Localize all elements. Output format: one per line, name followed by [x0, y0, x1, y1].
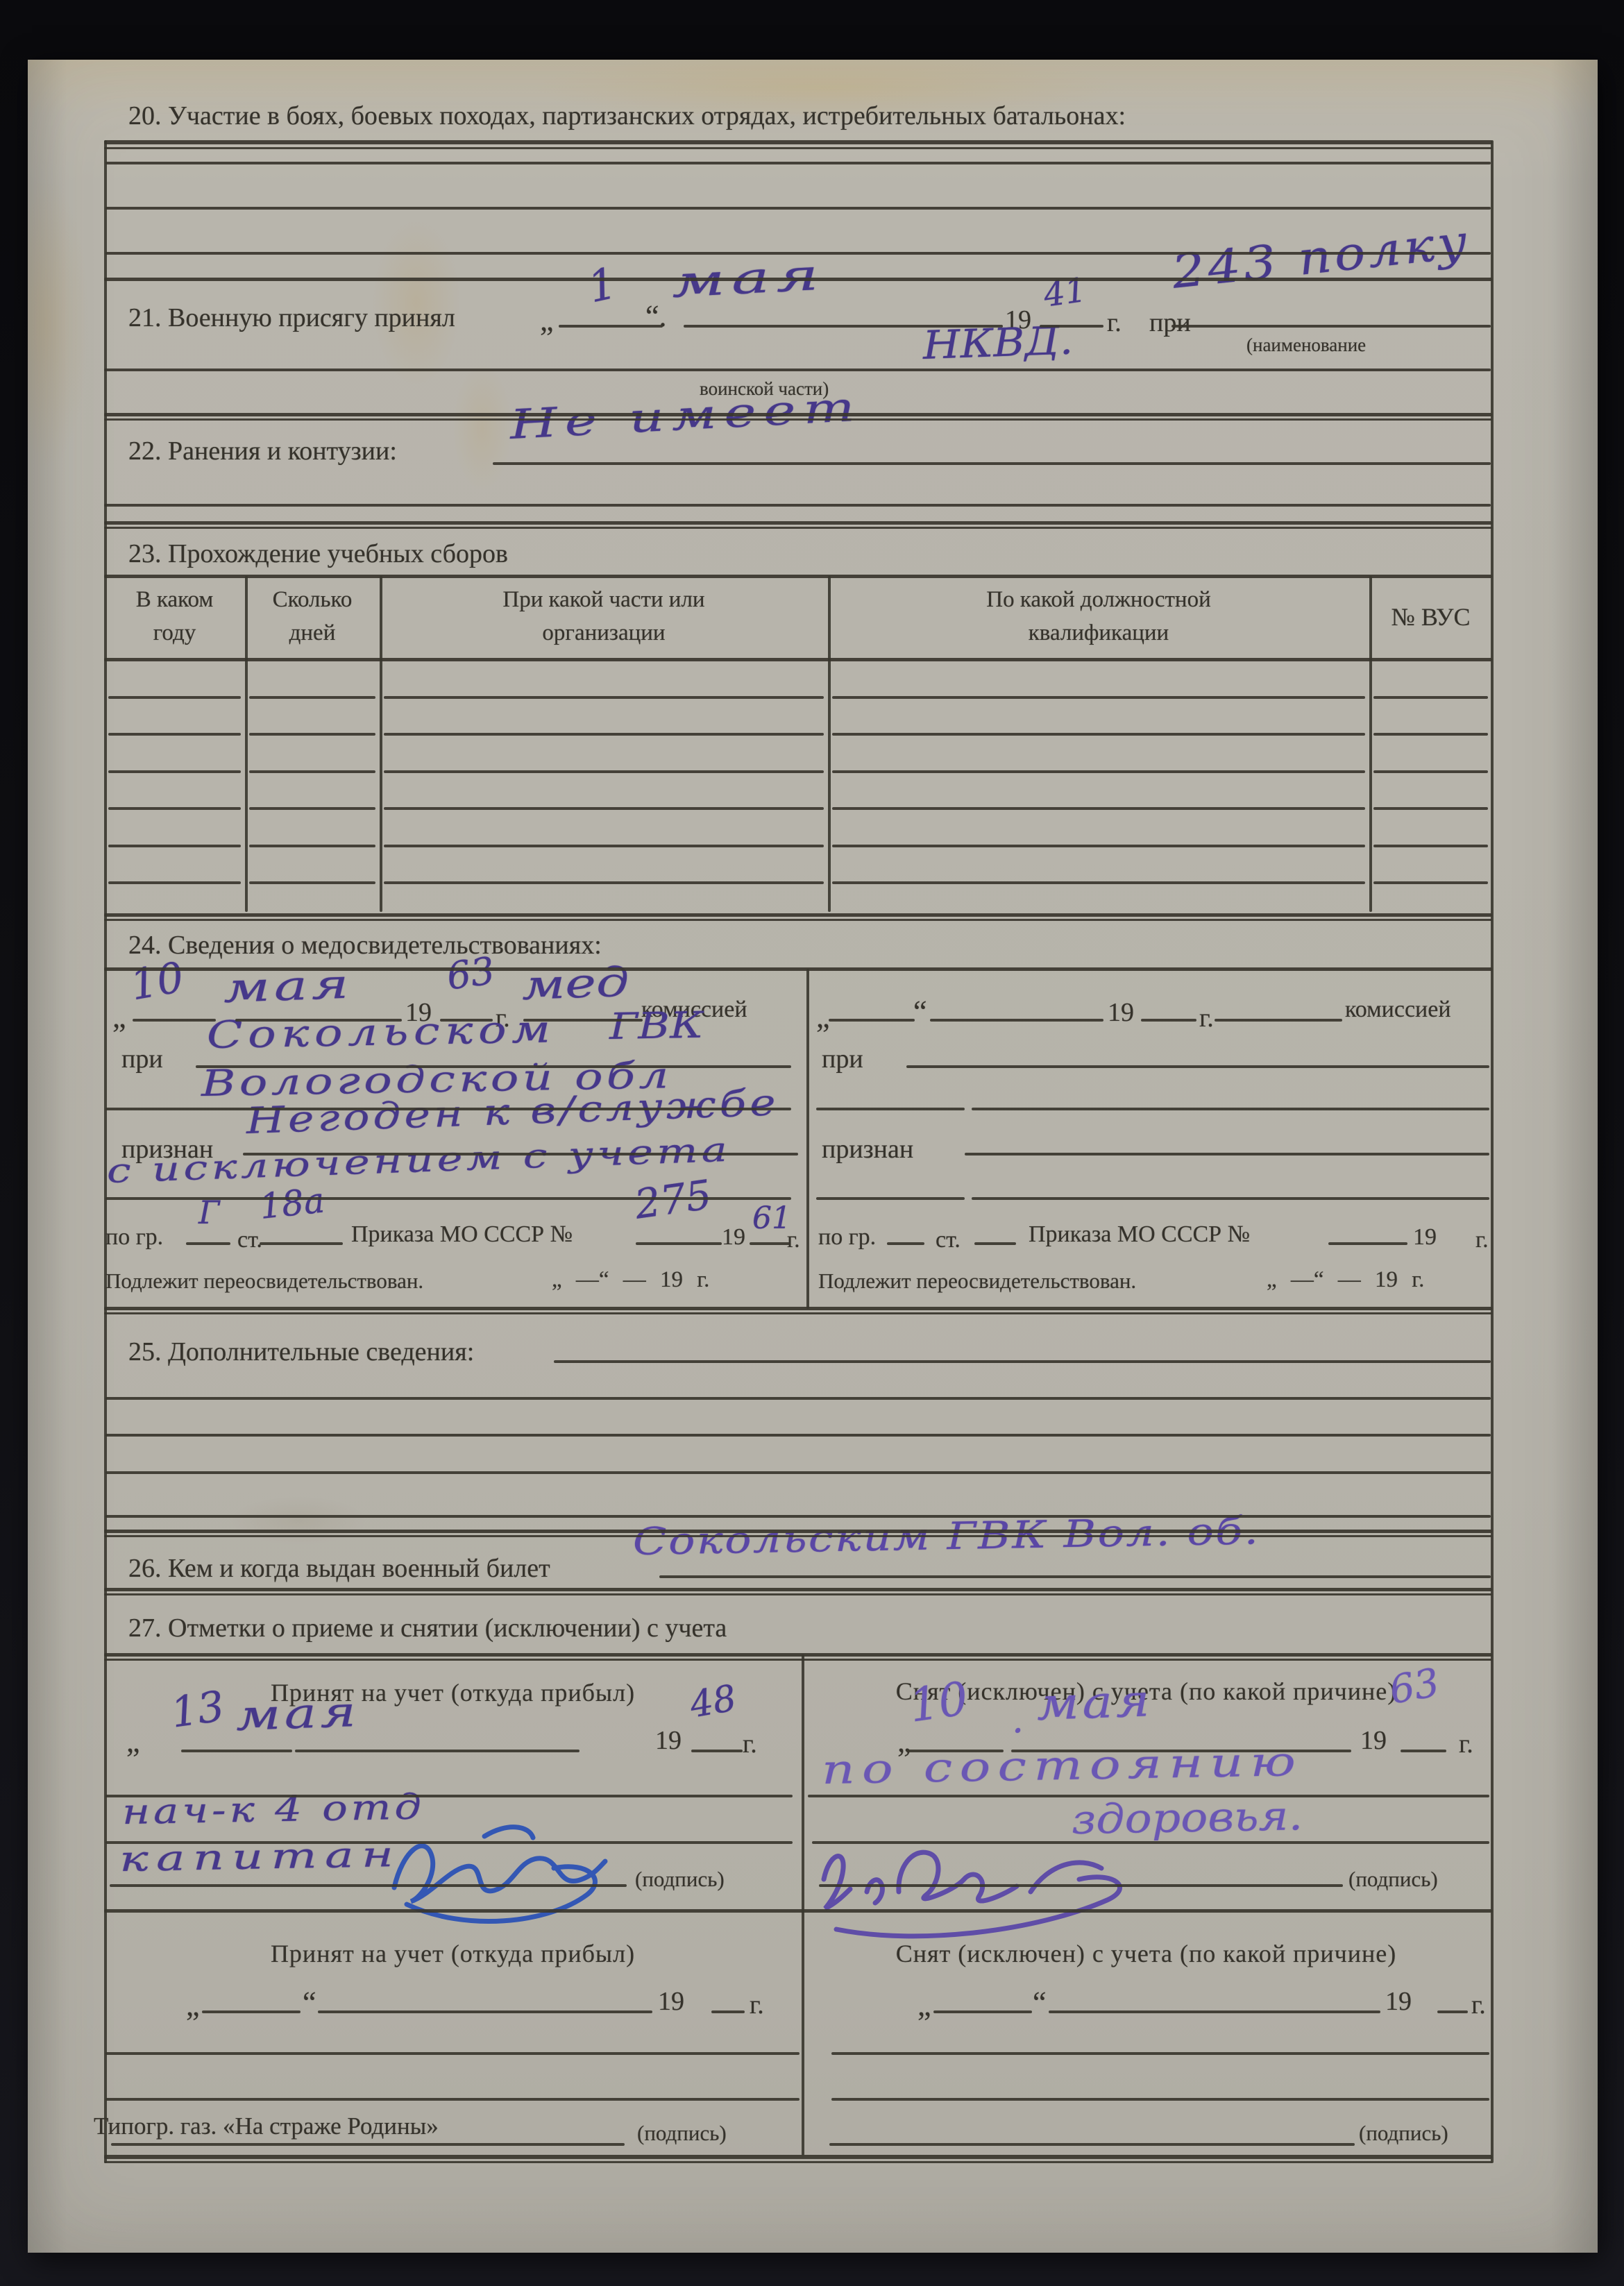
rule-line [1011, 1750, 1351, 1752]
open-quote: „ [540, 303, 554, 338]
rule-line [104, 1659, 1492, 1661]
rule-line [829, 1019, 915, 1022]
year-prefix: 19 [655, 1725, 682, 1756]
podpis-label: (подпись) [637, 2121, 727, 2146]
rule-line [105, 2098, 800, 2101]
rule-line [493, 462, 1491, 465]
rule-line [104, 1593, 1492, 1595]
year-suffix: г. [743, 1729, 757, 1759]
section23-title: 23. Прохождение учебных сборов [128, 539, 508, 569]
rule-line [554, 1360, 1491, 1363]
year-prefix: 19 [1385, 1986, 1412, 2017]
col-days-header-l2: дней [245, 620, 380, 646]
rule-line [831, 2098, 1489, 2101]
rule-line [104, 413, 1492, 416]
rule-line [972, 1108, 1489, 1110]
open-quote: „ [112, 999, 126, 1035]
rule-line-vertical [1491, 140, 1494, 2163]
rule-line [104, 913, 1492, 917]
rule-line [887, 1242, 924, 1245]
paper-sheet: 20. Участие в боях, боевых походах, парт… [28, 60, 1598, 2253]
rule-line [133, 1019, 216, 1022]
rule-line [105, 1471, 1491, 1474]
print-shop-footer: Типогр. газ. «На страже Родины» [94, 2113, 439, 2140]
rule-line [104, 2155, 1492, 2159]
rule-line [249, 770, 375, 773]
rule-line [104, 1530, 1492, 1533]
rule-line [105, 1434, 1491, 1437]
rule-line [750, 1242, 790, 1245]
caption-naimenovanie: (наименование [1246, 335, 1366, 356]
captain-signature-scrawl [382, 1813, 611, 1941]
rule-line [832, 881, 1365, 884]
rule-line [1373, 881, 1488, 884]
accept-month-handwritten: мая [235, 1688, 361, 1741]
rule-line [104, 369, 1491, 371]
po-gr-label: по гр. [818, 1224, 876, 1251]
rule-line [196, 1065, 791, 1068]
pri-label: при [121, 1044, 163, 1074]
oath-day-handwritten: 1 [584, 257, 621, 313]
rule-line [659, 1575, 1491, 1578]
rule-line [831, 2052, 1489, 2055]
rule-line [384, 807, 824, 810]
rule-line [104, 1312, 1492, 1314]
section27-title: 27. Отметки о приеме и снятии (исключени… [128, 1613, 727, 1643]
section26-title: 26. Кем и когда выдан военный билет [128, 1553, 550, 1584]
rule-line [816, 1108, 965, 1110]
po-gr-label: по гр. [105, 1224, 163, 1251]
open-quote: „ [186, 1988, 200, 2023]
open-quote: „ [126, 1724, 140, 1759]
rule-line [1373, 733, 1488, 736]
pri-label: при [822, 1044, 863, 1074]
rule-line [105, 1108, 791, 1110]
rule-line [243, 1153, 798, 1155]
rule-line [235, 1019, 402, 1022]
med-commission-unit2-handwritten: ГВК [609, 1005, 703, 1048]
rule-line [105, 1515, 1491, 1518]
priznan-label: признан [822, 1134, 913, 1165]
rule-line [1401, 1750, 1446, 1752]
rule-line [295, 1750, 580, 1752]
year-prefix: 19 [1108, 997, 1134, 1028]
rule-line [110, 1884, 627, 1887]
prikaz-label: Приказа МО СССР № [1029, 1221, 1250, 1248]
rule-line [111, 2143, 625, 2146]
rule-line [108, 881, 241, 884]
rule-line [104, 147, 1492, 149]
st-label: ст. [237, 1227, 262, 1253]
komissiey-label: комиссией [1345, 997, 1451, 1023]
remove-reason1-handwritten: по состоянию [821, 1738, 1303, 1793]
rule-line [108, 770, 241, 773]
podpis-label: (подпись) [1359, 2121, 1448, 2146]
open-quote: „ [917, 1988, 931, 2023]
col-days-header-l1: Сколько [245, 587, 380, 613]
rule-line [384, 770, 824, 773]
rule-line [105, 1197, 791, 1200]
year-prefix: 19 [1360, 1725, 1387, 1756]
pri-label: при [1149, 307, 1191, 338]
accept-header-row2: Принят на учет (откуда прибыл) [104, 1939, 802, 1968]
rule-line-vertical [245, 576, 248, 912]
close-quote: “ [303, 1985, 316, 2020]
rule-line [1215, 1019, 1342, 1022]
remove-day-handwritten: 10 [906, 1672, 972, 1733]
rule-line [105, 1841, 793, 1844]
rule-line [832, 845, 1365, 847]
rule-line [108, 845, 241, 847]
med-commission-unit1-handwritten: Сокольском [206, 1007, 556, 1057]
col-unit-header-l2: организации [380, 620, 828, 646]
rule-line [440, 1019, 493, 1022]
rule-line [819, 1884, 1343, 1887]
year-suffix: г. [1459, 1729, 1473, 1759]
rule-line [104, 1588, 1492, 1591]
med-word-handwritten: мед [521, 958, 630, 1009]
rule-line [105, 1795, 793, 1797]
rule-line [816, 1197, 965, 1200]
st-label: ст. [936, 1227, 961, 1253]
section20-title: 20. Участие в боях, боевых походах, парт… [128, 101, 1126, 131]
year-suffix: г. [750, 1990, 764, 2020]
rule-line [249, 696, 375, 699]
col-year-header-l2: году [104, 620, 245, 646]
accept-year-handwritten: 48 [687, 1677, 740, 1727]
rule-line [318, 2010, 652, 2013]
close-quote: “ [913, 994, 927, 1029]
rule-line [108, 733, 241, 736]
col-qual-header-l1: По какой должностной [828, 587, 1369, 613]
rule-line [108, 696, 241, 699]
rule-line-vertical [828, 576, 831, 912]
col-qual-header-l2: квалификации [828, 620, 1369, 646]
rule-line [105, 252, 1491, 255]
rule-line [384, 881, 824, 884]
rule-line [260, 1242, 343, 1245]
rule-line [384, 733, 824, 736]
rule-line [249, 845, 375, 847]
rule-line [832, 733, 1365, 736]
col-year-header-l1: В каком [104, 587, 245, 613]
rule-line [104, 418, 1492, 421]
rule-line [965, 1153, 1489, 1155]
med-order-year-handwritten: 61 [752, 1201, 791, 1236]
rule-line [249, 807, 375, 810]
rule-line [104, 278, 1492, 281]
rule-line [972, 1197, 1489, 1200]
rule-line [104, 521, 1492, 525]
podlezhit-tail: „ —“ — 19 г. [552, 1267, 709, 1293]
rule-line [104, 2161, 1492, 2163]
scanned-military-card-page: 20. Участие в боях, боевых походах, парт… [0, 0, 1624, 2286]
rule-line [1373, 696, 1488, 699]
oath-unit-handwritten: 243 полку [1169, 214, 1473, 299]
rule-line [684, 325, 1003, 328]
rule-line [104, 658, 1492, 661]
rule-line [1040, 325, 1103, 328]
year-suffix: г. [1199, 1003, 1214, 1033]
rule-line [906, 1750, 1004, 1752]
rule-line [1437, 2010, 1468, 2013]
rule-line [1373, 845, 1488, 847]
section21-label: 21. Военную присягу принял [128, 303, 455, 333]
podpis-label: (подпись) [635, 1867, 725, 1892]
rule-line-vertical [380, 576, 382, 912]
accept-official-handwritten: нач-к 4 отд [121, 1786, 425, 1832]
rule-line [832, 807, 1365, 810]
col-unit-header-l1: При какой части или [380, 587, 828, 613]
rule-line [202, 2010, 301, 2013]
rule-line [906, 1065, 1489, 1068]
podlezhit-label: Подлежит переосвидетельствован. [105, 1269, 423, 1294]
rule-line [1141, 1019, 1196, 1022]
rule-line [832, 770, 1365, 773]
rule-line [832, 696, 1365, 699]
rule-line [930, 1019, 1103, 1022]
podlezhit-tail: „ —“ — 19 г. [1267, 1267, 1424, 1293]
rule-line [559, 325, 663, 328]
rule-line [104, 527, 1492, 529]
med-year-handwritten: 63 [444, 949, 498, 999]
col-vus-header: № ВУС [1369, 602, 1492, 632]
podlezhit-label: Подлежит переосвидетельствован. [818, 1269, 1136, 1294]
section22-label: 22. Ранения и контузии: [128, 436, 397, 466]
rule-line [108, 807, 241, 810]
remove-year-handwritten: 63 [1386, 1660, 1442, 1713]
year-suffix: г. [1471, 1990, 1486, 2020]
med-day-handwritten: 10 [127, 953, 187, 1010]
rule-line-vertical [802, 1654, 804, 2156]
open-quote: „ [816, 999, 830, 1035]
rule-line [974, 1242, 1016, 1245]
rule-line [384, 696, 824, 699]
rule-line [1172, 325, 1491, 328]
rule-line-vertical [1369, 576, 1372, 912]
rule-line [812, 1841, 1489, 1844]
rule-line [1373, 770, 1488, 773]
rule-line [808, 1795, 1489, 1797]
rule-line [104, 919, 1492, 921]
rule-line [636, 1242, 722, 1245]
section25-title: 25. Дополнительные сведения: [128, 1337, 474, 1367]
year-prefix: 19 [658, 1986, 684, 2017]
rule-line [105, 162, 1491, 164]
rule-line [1049, 2010, 1380, 2013]
year-suffix: г. [1475, 1227, 1489, 1253]
section24-title: 24. Сведения о медосвидетельствованиях: [128, 930, 602, 960]
rule-line [104, 1653, 1492, 1657]
prikaz-label: Приказа МО СССР № [351, 1221, 573, 1248]
close-quote-dot: “. [645, 298, 667, 334]
rule-line [104, 967, 1492, 971]
rule-line [1373, 807, 1488, 810]
year-prefix: 19 [722, 1224, 745, 1251]
year-suffix: г. [1107, 307, 1122, 338]
rule-line [104, 1535, 1492, 1537]
rule-line [249, 881, 375, 884]
rule-line [181, 1750, 292, 1752]
rule-line [186, 1242, 230, 1245]
rule-line [523, 1019, 643, 1022]
remove-dot-handwritten: . [1012, 1697, 1024, 1741]
rule-line-vertical [104, 140, 107, 2163]
rule-line [249, 733, 375, 736]
rule-line [105, 207, 1491, 210]
year-prefix: 19 [1413, 1224, 1437, 1251]
rule-line [384, 845, 824, 847]
rule-line [104, 1307, 1492, 1310]
remove-header-row2: Снят (исключен) с учета (по какой причин… [802, 1939, 1491, 1968]
accept-day-handwritten: 13 [168, 1682, 227, 1738]
rule-line [933, 2010, 1032, 2013]
rule-line-vertical [806, 969, 809, 1309]
med-article-handwritten: 18а [257, 1180, 326, 1226]
rule-line [105, 1397, 1491, 1400]
rule-line [829, 2143, 1355, 2146]
podpis-label: (подпись) [1348, 1867, 1438, 1892]
rule-line [104, 1909, 1492, 1913]
rule-line [711, 2010, 745, 2013]
rule-line [104, 504, 1491, 507]
rule-line [1328, 1242, 1407, 1245]
rule-line [105, 2052, 800, 2055]
remove-month-handwritten: мая [1035, 1675, 1153, 1731]
close-quote: “ [1033, 1985, 1047, 2020]
rule-line [104, 575, 1492, 578]
rule-line [104, 140, 1492, 144]
rule-line [691, 1750, 743, 1752]
